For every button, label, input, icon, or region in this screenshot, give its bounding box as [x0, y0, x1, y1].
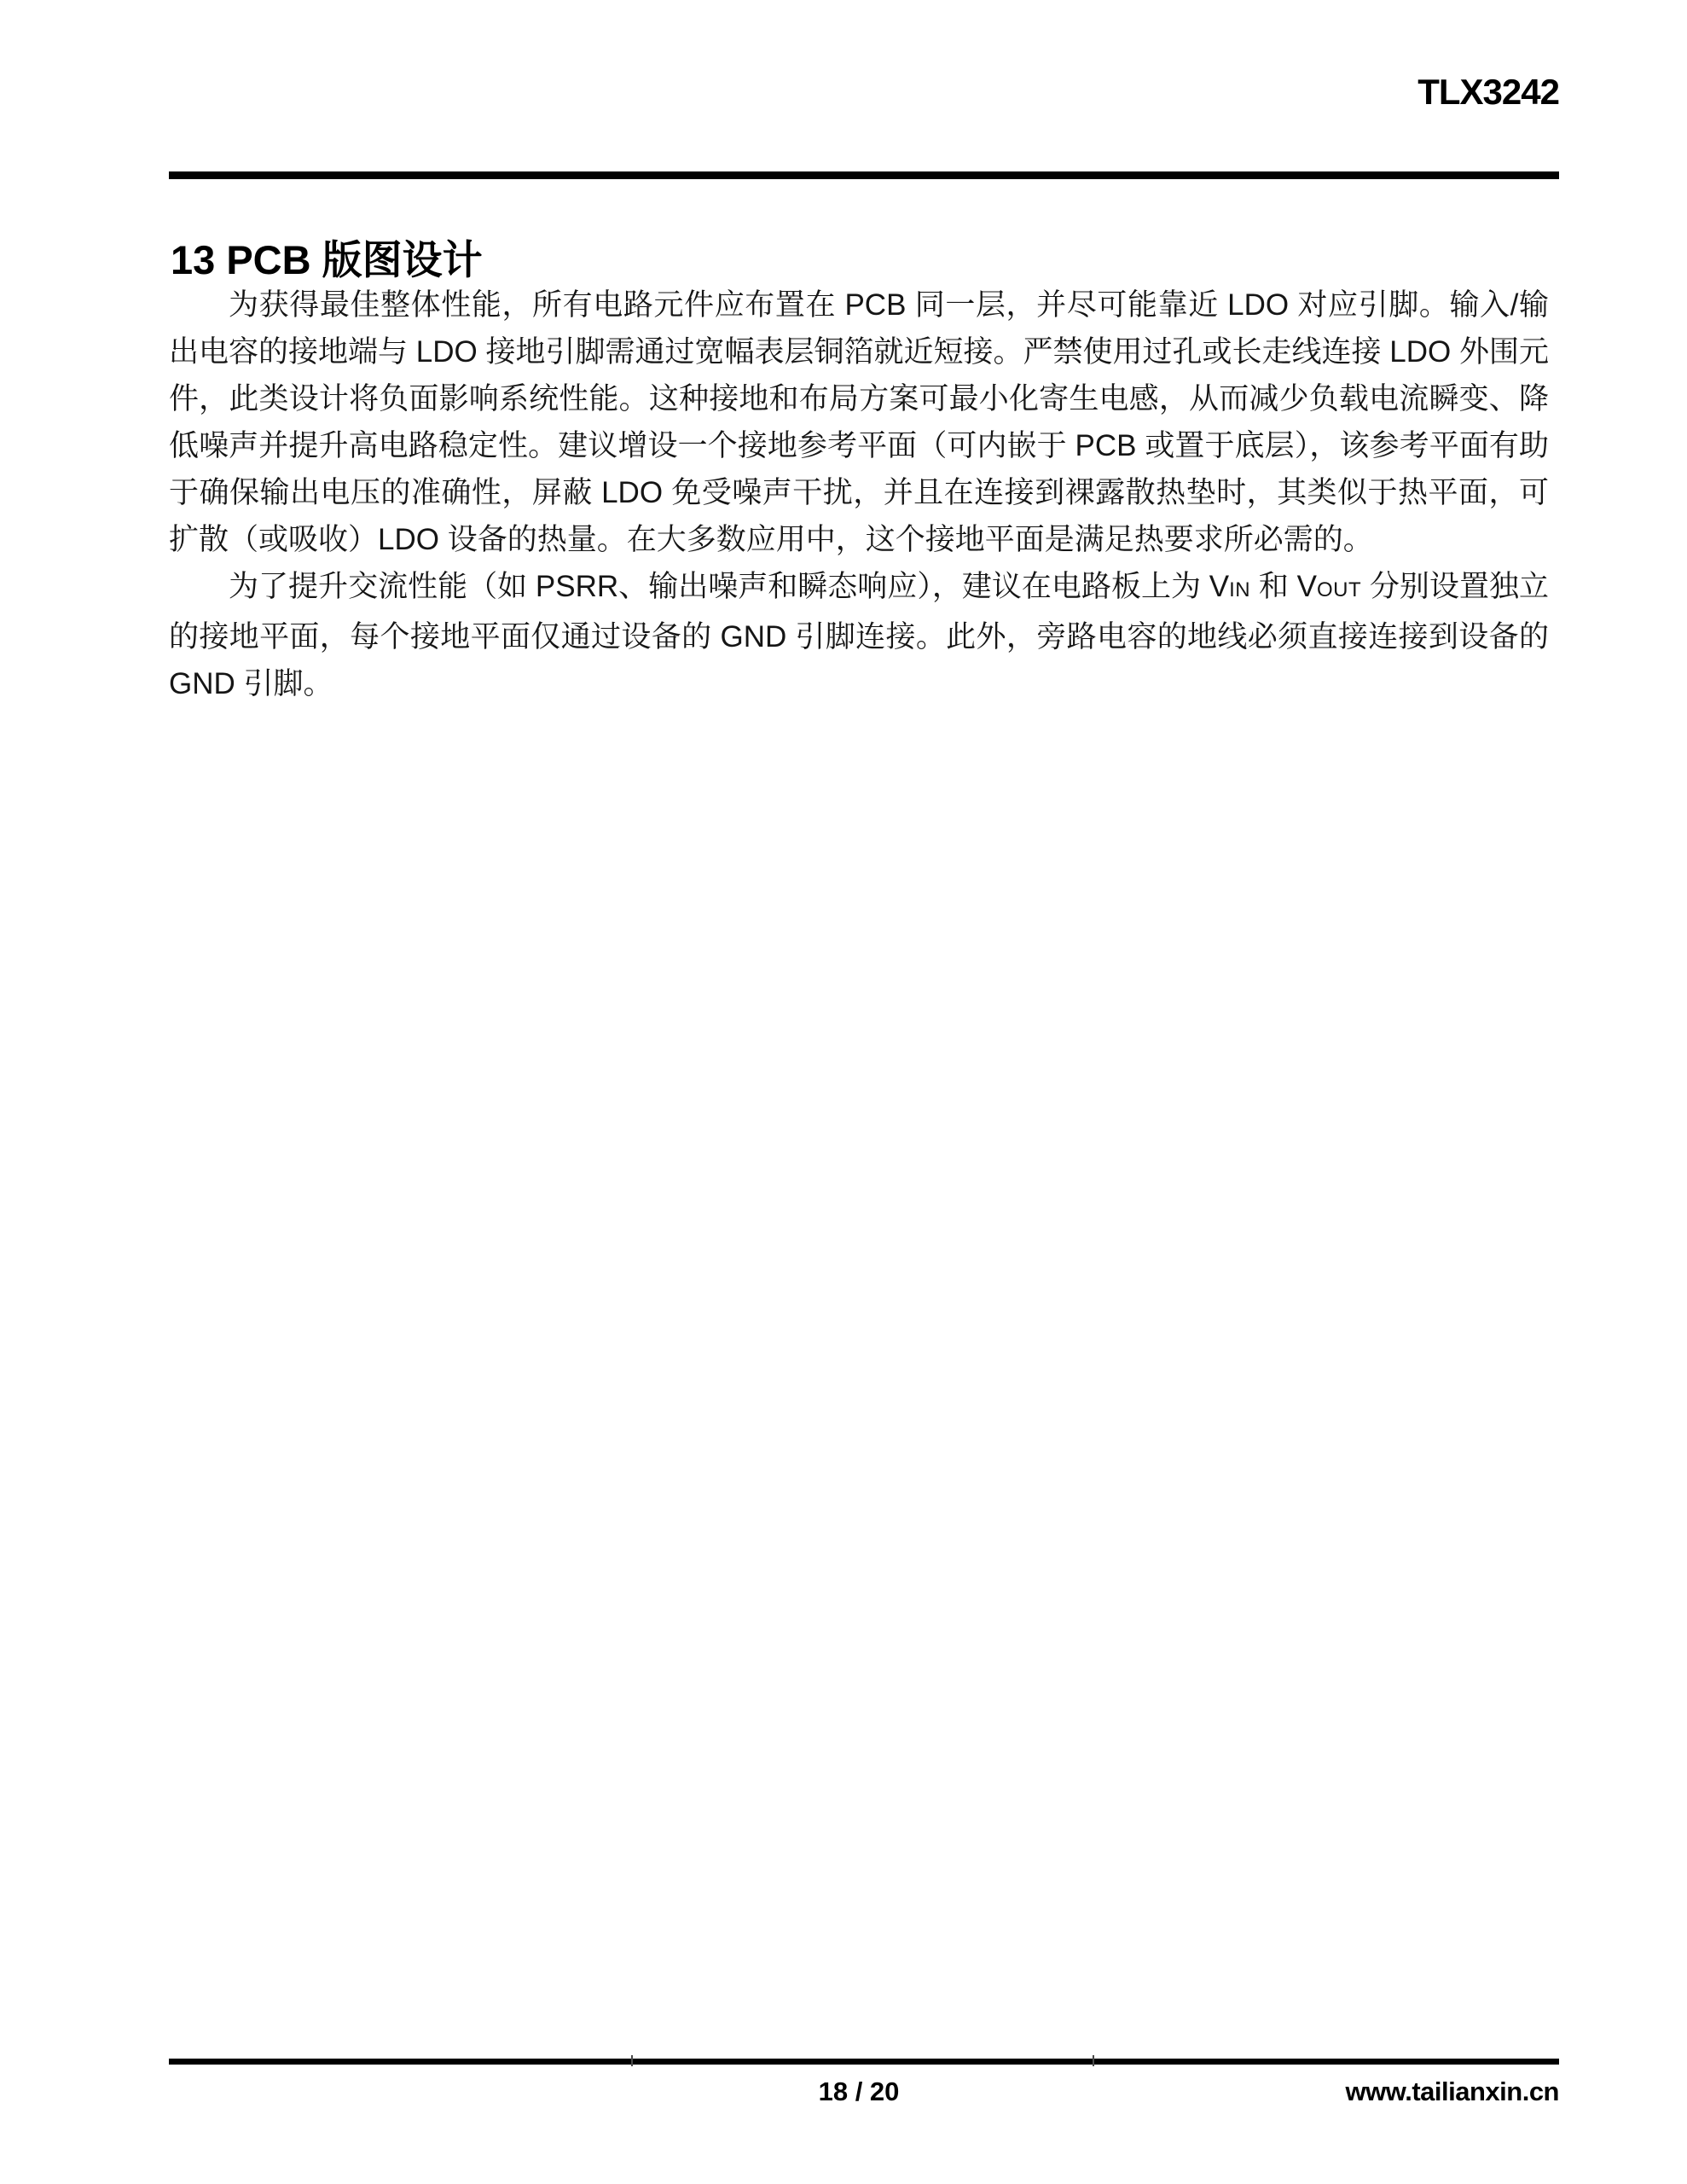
- vout-subscript: OUT: [1317, 578, 1361, 601]
- vin-subscript: IN: [1229, 578, 1250, 601]
- page-title: TLX3242: [1417, 72, 1559, 113]
- text-run: 为了提升交流性能（如 PSRR、输出噪声和瞬态响应），建议在电路板上为: [229, 570, 1209, 603]
- paragraph-ac-performance: 为了提升交流性能（如 PSRR、输出噪声和瞬态响应），建议在电路板上为 VIN …: [169, 563, 1549, 707]
- footer-divider: [169, 2059, 1559, 2065]
- header-divider: [169, 171, 1559, 179]
- text-run: 和: [1250, 570, 1297, 603]
- company-website: www.tailianxin.cn: [1346, 2077, 1559, 2107]
- vin-label: VIN: [1209, 570, 1250, 603]
- section-heading: 13 PCB 版图设计: [171, 237, 483, 283]
- vout-base: V: [1297, 570, 1317, 603]
- footer-divider-tick: [1093, 2055, 1094, 2066]
- body-text: 为获得最佳整体性能，所有电路元件应布置在 PCB 同一层，并尽可能靠近 LDO …: [169, 282, 1549, 707]
- footer-divider-tick: [631, 2055, 633, 2066]
- vout-label: VOUT: [1297, 570, 1362, 603]
- vin-base: V: [1209, 570, 1229, 603]
- page-number: 18 / 20: [169, 2077, 1549, 2107]
- paragraph-pcb-layout: 为获得最佳整体性能，所有电路元件应布置在 PCB 同一层，并尽可能靠近 LDO …: [169, 282, 1549, 563]
- datasheet-page: TLX3242 13 PCB 版图设计 为获得最佳整体性能，所有电路元件应布置在…: [0, 0, 1687, 2184]
